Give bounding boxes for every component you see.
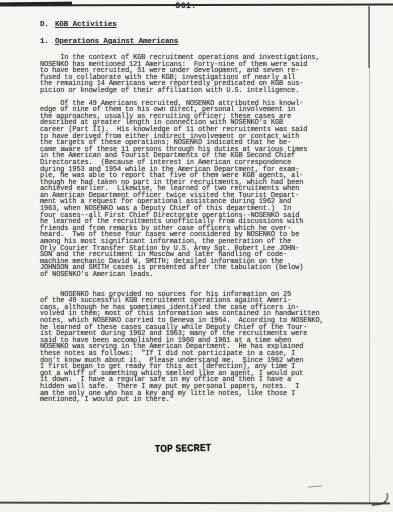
scan-edge-line-bottom — [0, 502, 390, 505]
document-body: D.KGB Activities 1.Operations Against Am… — [40, 21, 360, 417]
section-heading: D.KGB Activities — [40, 21, 360, 29]
scan-edge-line-right-dark — [368, 6, 370, 68]
subsection-heading-title: Operations Against Americans — [55, 38, 178, 46]
section-heading-title: KGB Activities — [55, 21, 117, 29]
scan-edge-line-right — [369, 6, 370, 502]
scan-dash-mark — [308, 486, 322, 488]
paragraph-3: NOSENKO has provided no sources for his … — [40, 292, 360, 404]
paragraph-1: In the context of KGB recruitment operat… — [40, 55, 360, 95]
section-heading-label: D. — [40, 21, 55, 29]
subsection-heading: 1.Operations Against Americans — [40, 38, 360, 46]
subsection-heading-label: 1. — [40, 38, 55, 46]
paragraph-2: Of the 49 Americans recruited, NOSENKO a… — [40, 101, 360, 279]
top-secret-stamp: TOP SECRET — [155, 443, 211, 455]
page-number: 361. — [0, 2, 372, 11]
scanned-document-page: 361. D.KGB Activities 1.Operations Again… — [0, 0, 393, 512]
